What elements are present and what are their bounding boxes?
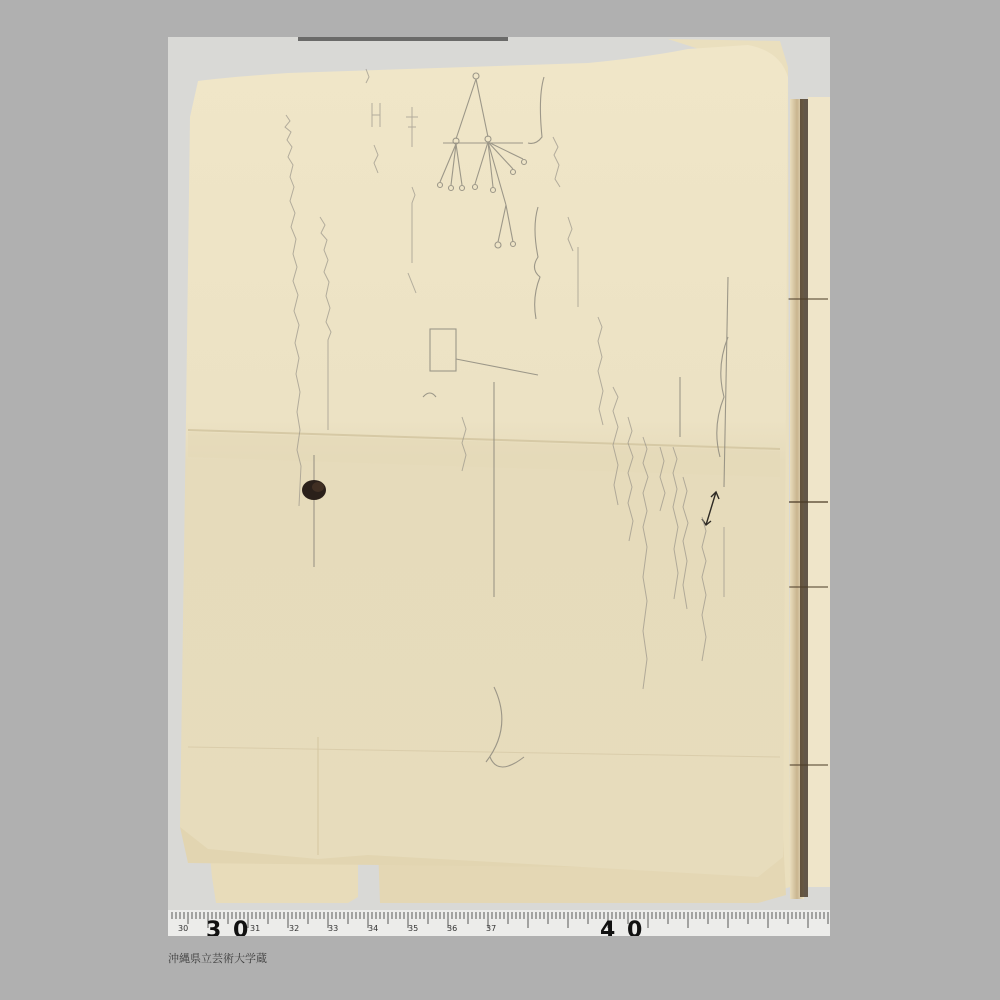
- ruler-label: 36: [447, 924, 457, 933]
- ruler-label: 32: [289, 924, 299, 933]
- ruler-ticks: [168, 910, 830, 936]
- ruler-label: 37: [486, 924, 496, 933]
- ruler-label: 31: [250, 924, 260, 933]
- collection-credit-caption: 沖縄県立芸術大学蔵: [168, 950, 267, 966]
- manuscript-photo: 30 3 0 31 32 33 34 35 36 37 4 0: [168, 37, 830, 936]
- manuscript-illustration: [168, 37, 830, 936]
- ruler-label-major: 3 0: [206, 918, 250, 936]
- ruler-label: 34: [368, 924, 378, 933]
- ruler-label: 35: [408, 924, 418, 933]
- ruler-label-major: 4 0: [600, 918, 644, 936]
- ruler-label: 30: [178, 924, 188, 933]
- measurement-ruler: 30 3 0 31 32 33 34 35 36 37 4 0: [168, 910, 830, 936]
- ruler-label: 33: [328, 924, 338, 933]
